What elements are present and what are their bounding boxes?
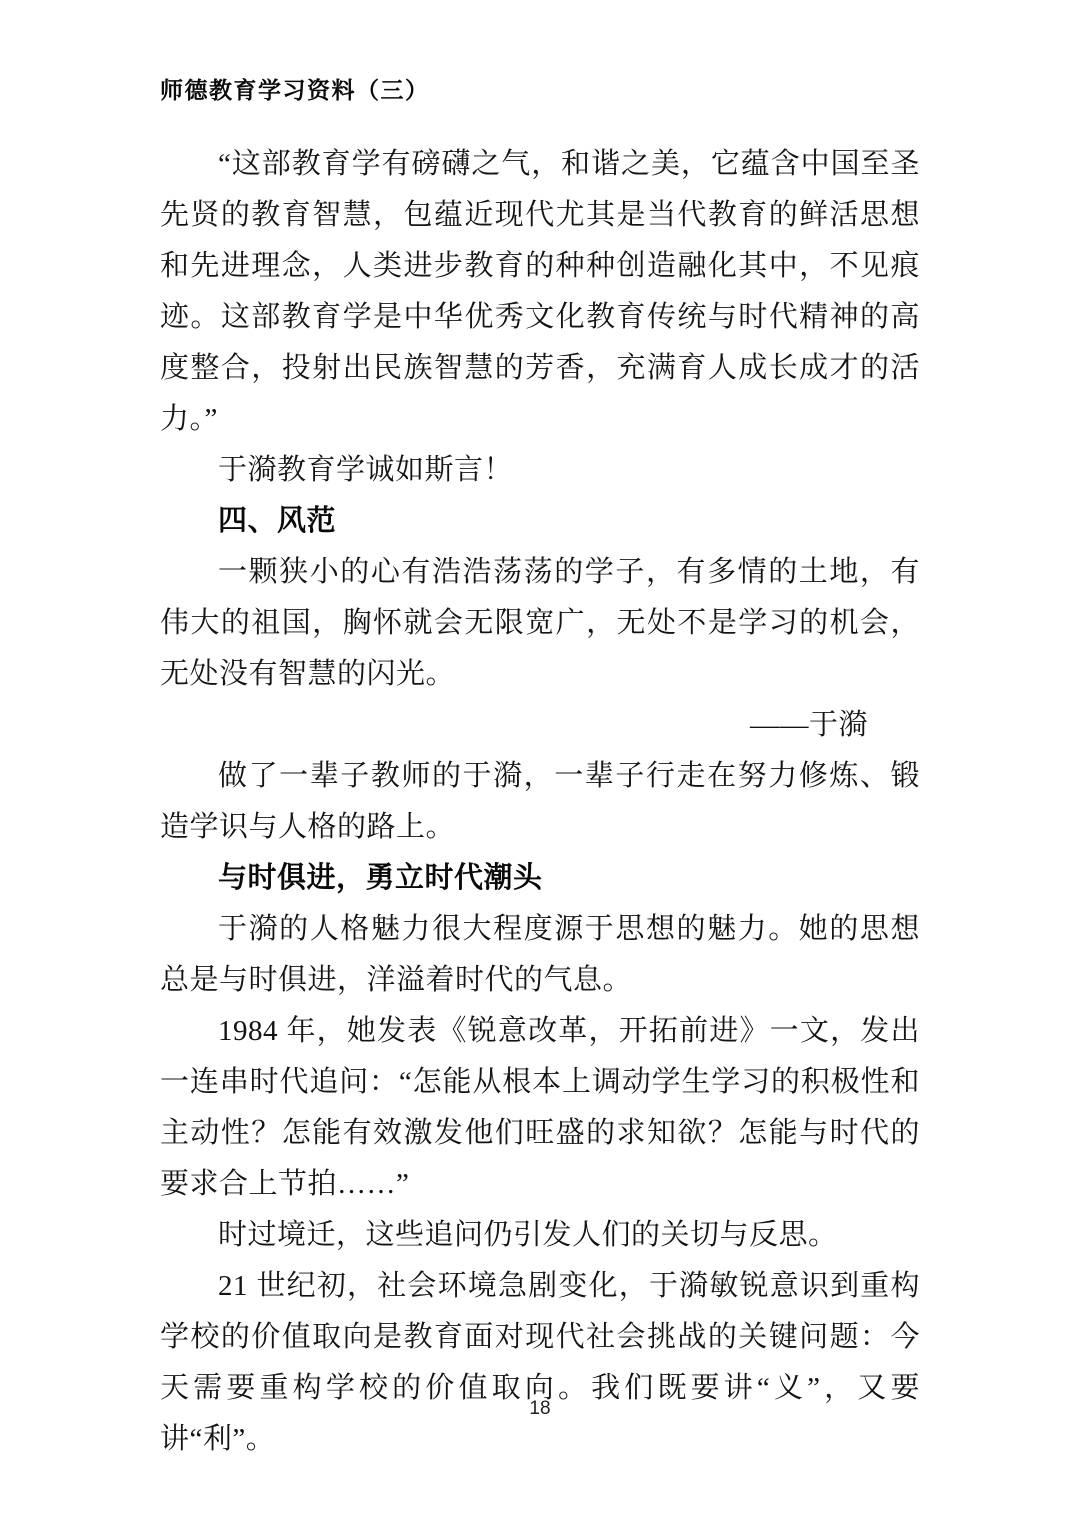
sub-heading-keep-pace: 与时俱进，勇立时代潮头 bbox=[160, 853, 920, 904]
document-title-header: 师德教育学习资料（三） bbox=[160, 72, 430, 105]
paragraph-21st-century: 21 世纪初，社会环境急剧变化，于漪敏锐意识到重构学校的价值取向是教育面对现代社… bbox=[160, 1261, 920, 1465]
paragraph-reflection: 时过境迁，这些追问仍引发人们的关切与反思。 bbox=[160, 1210, 920, 1261]
paragraph-1984: 1984 年，她发表《锐意改革，开拓前进》一文，发出一连串时代追问：“怎能从根本… bbox=[160, 1006, 920, 1210]
paragraph-epigraph: 一颗狭小的心有浩浩荡荡的学子，有多情的土地，有伟大的祖国，胸怀就会无限宽广，无处… bbox=[160, 547, 920, 700]
document-page: 师德教育学习资料（三） “这部教育学有磅礴之气，和谐之美，它蕴含中国至圣先贤的教… bbox=[0, 0, 1080, 1527]
paragraph-quote: “这部教育学有磅礴之气，和谐之美，它蕴含中国至圣先贤的教育智慧，包蕴近现代尤其是… bbox=[160, 139, 920, 445]
paragraph-intro: 做了一辈子教师的于漪，一辈子行走在努力修炼、锻造学识与人格的路上。 bbox=[160, 751, 920, 853]
paragraph-charm: 于漪的人格魅力很大程度源于思想的魅力。她的思想总是与时俱进，洋溢着时代的气息。 bbox=[160, 904, 920, 1006]
document-body: “这部教育学有磅礴之气，和谐之美，它蕴含中国至圣先贤的教育智慧，包蕴近现代尤其是… bbox=[160, 139, 920, 1465]
paragraph-affirmation: 于漪教育学诚如斯言！ bbox=[160, 445, 920, 496]
section-heading-four: 四、风范 bbox=[160, 496, 920, 547]
quote-attribution: ——于漪 bbox=[160, 700, 920, 751]
page-number: 18 bbox=[0, 1398, 1080, 1420]
